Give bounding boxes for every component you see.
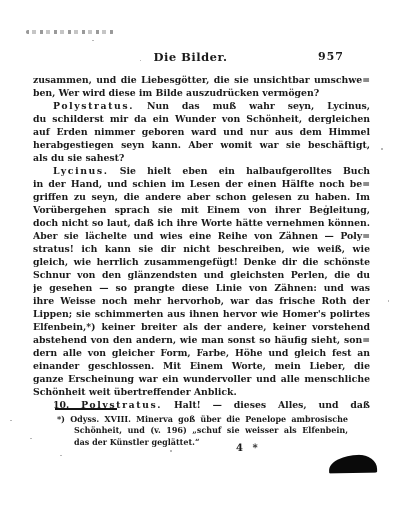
text-line: einander geschlossen. Mit Einem Worte, m… [33,360,370,373]
scan-speck-artifact [352,236,354,238]
text-line: Schnur von den glänzendsten und gleichst… [33,269,370,282]
text-line: Vorübergehen sprach sie mit Einem von ih… [33,204,370,217]
text-line: Polystratus. Nun das muß wahr seyn, Lyci… [33,100,370,113]
scan-speck-artifact [92,40,94,41]
scan-speck-artifact [381,148,383,150]
scan-smudge-artifact [26,30,114,34]
text-line: herabgestiegen seyn kann. Aber womit war… [33,139,370,152]
scan-speck-artifact [60,455,62,456]
text-line: Lippen; sie schimmerten aus ihnen hervor… [33,308,370,321]
text-line: Lycinus. Sie hielt eben ein halbaufgerol… [33,165,370,178]
footnote: *) Odyss. XVIII. Minerva goß über die Pe… [57,414,348,448]
text-line: ihre Weisse noch mehr hervorhob, war das… [33,295,370,308]
text-line: 10. Polystratus. Halt! — dieses Alles, u… [33,399,370,412]
text-line: dern alle von gleicher Form, Farbe, Höhe… [33,347,370,360]
text-line: Schönheit weit übertreffender Anblick. [33,386,370,399]
signature-mark: 4 * [236,443,261,454]
text-line: je gesehen — so prangte diese Linie von … [33,282,370,295]
scan-speck-artifact [140,60,141,61]
text-line: Aber sie lächelte und wies eine Reihe vo… [33,230,370,243]
text-line: doch nicht so laut, daß ich ihre Worte h… [33,217,370,230]
ink-blot-artifact [329,455,377,474]
text-line: stratus! ich kann sie dir nicht beschrei… [33,243,370,256]
text-line: gleich, wie herrlich zusammengefügt! Den… [33,256,370,269]
scan-speck-artifact [388,300,389,302]
text-line: griffen zu seyn, die andere aber schon g… [33,191,370,204]
text-line: ganze Erscheinung war ein wundervoller u… [33,373,370,386]
book-page: Die Bilder. 957 zusammen, und die Liebes… [0,0,402,512]
text-line: ben, Wer wird diese im Bilde auszudrücke… [33,87,370,100]
scan-speck-artifact [325,205,327,207]
page-number: 957 [318,50,344,63]
scan-speck-artifact [170,450,172,452]
footnote-line: Schönheit, und (v. 196) „schuf sie weiss… [57,425,348,436]
text-line: Elfenbein,*) keiner breiter als der ande… [33,321,370,334]
body-text: zusammen, und die Liebesgötter, die sie … [33,74,370,412]
running-head: Die Bilder. 957 [33,50,370,64]
footnote-line: *) Odyss. XVIII. Minerva goß über die Pe… [57,414,348,425]
text-line: als du sie sahest? [33,152,370,165]
footnote-line: das der Künstler geglättet.“ [57,437,348,448]
scan-speck-artifact [10,420,12,421]
text-line: auf Erden nimmer geboren ward und nur au… [33,126,370,139]
scan-speck-artifact [30,438,32,439]
text-line: zusammen, und die Liebesgötter, die sie … [33,74,370,87]
page-header-title: Die Bilder. [33,50,348,64]
footnote-divider [55,408,117,410]
text-line: in der Hand, und schien im Lesen der ein… [33,178,370,191]
text-line: du schilderst mir da ein Wunder von Schö… [33,113,370,126]
text-line: abstehend von den andern, wie man sonst … [33,334,370,347]
